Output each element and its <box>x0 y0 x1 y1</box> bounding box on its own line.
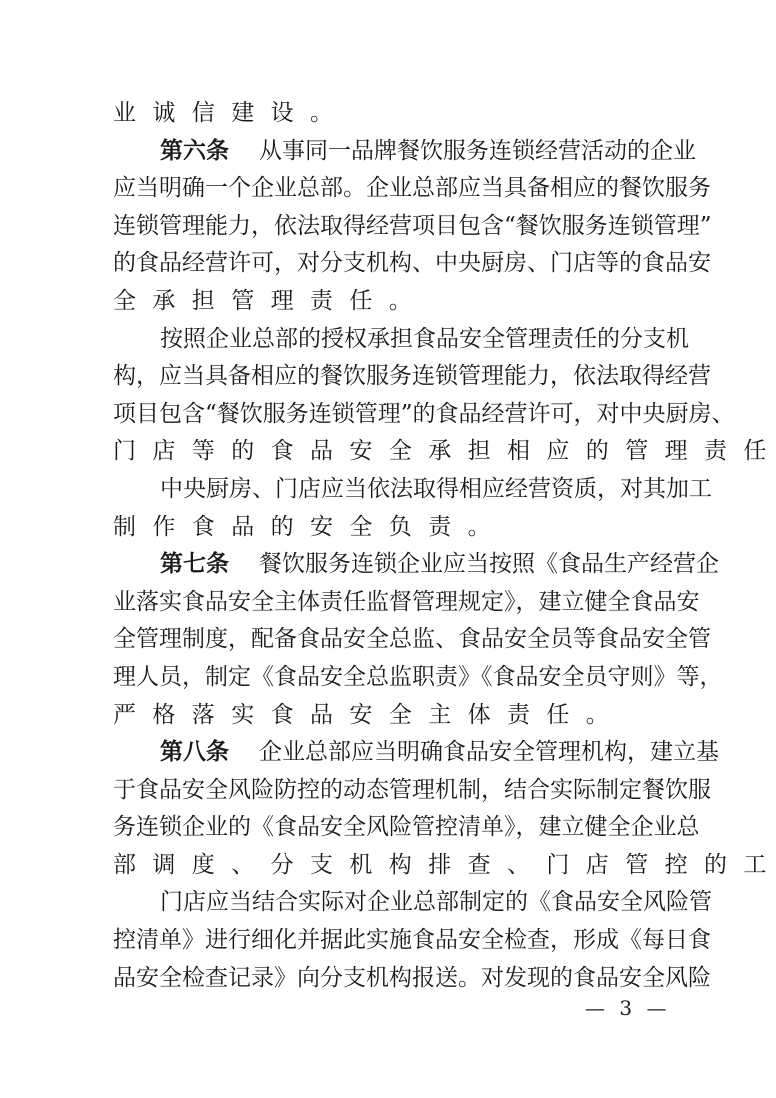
text-line: 部调度、分支机构排查、门店管控的工作制度和机制。 <box>113 847 669 885</box>
text-line: 中央厨房、门店应当依法取得相应经营资质，对其加工 <box>113 471 669 509</box>
text-line: 企业总部应当明确食品安全管理机构，建立基 <box>259 739 719 765</box>
document-page: 业诚信建设。 第六条从事同一品牌餐饮服务连锁经营活动的企业 应当明确一个企业总部… <box>113 95 669 997</box>
article-label: 第七条 <box>160 551 229 577</box>
text-line: 从事同一品牌餐饮服务连锁经营活动的企业 <box>259 138 696 164</box>
article-label: 第六条 <box>160 138 229 164</box>
article-6-heading-line: 第六条从事同一品牌餐饮服务连锁经营活动的企业 <box>113 133 669 171</box>
text-line: 按照企业总部的授权承担食品安全管理责任的分支机 <box>113 321 669 359</box>
article-7-heading-line: 第七条餐饮服务连锁企业应当按照《食品生产经营企 <box>113 546 669 584</box>
text-line: 应当明确一个企业总部。企业总部应当具备相应的餐饮服务 <box>113 170 669 208</box>
text-line: 项目包含“餐饮服务连锁管理”的食品经营许可，对中央厨房、 <box>113 396 669 434</box>
text-line: 的食品经营许可，对分支机构、中央厨房、门店等的食品安 <box>113 245 669 283</box>
text-line: 门店等的食品安全承担相应的管理责任。 <box>113 433 669 471</box>
text-line: 门店应当结合实际对企业总部制定的《食品安全风险管 <box>113 884 669 922</box>
text-line: 全承担管理责任。 <box>113 283 669 321</box>
text-line: 制作食品的安全负责。 <box>113 509 669 547</box>
text-line: 品安全检查记录》向分支机构报送。对发现的食品安全风险 <box>113 960 669 998</box>
text-line: 于食品安全风险防控的动态管理机制，结合实际制定餐饮服 <box>113 772 669 810</box>
article-8-heading-line: 第八条企业总部应当明确食品安全管理机构，建立基 <box>113 734 669 772</box>
text-line: 餐饮服务连锁企业应当按照《食品生产经营企 <box>259 551 719 577</box>
text-line: 构，应当具备相应的餐饮服务连锁管理能力，依法取得经营 <box>113 358 669 396</box>
text-line: 控清单》进行细化并据此实施食品安全检查，形成《每日食 <box>113 922 669 960</box>
text-line: 业落实食品安全主体责任监督管理规定》，建立健全食品安 <box>113 584 669 622</box>
text-line: 连锁管理能力，依法取得经营项目包含“餐饮服务连锁管理” <box>113 208 669 246</box>
text-line: 理人员，制定《食品安全总监职责》《食品安全员守则》等， <box>113 659 669 697</box>
text-line: 严格落实食品安全主体责任。 <box>113 697 669 735</box>
article-label: 第八条 <box>160 739 229 765</box>
text-line: 务连锁企业的《食品安全风险管控清单》，建立健全企业总 <box>113 809 669 847</box>
page-number: — 3 — <box>585 996 670 1020</box>
text-line: 业诚信建设。 <box>113 95 669 133</box>
text-line: 全管理制度，配备食品安全总监、食品安全员等食品安全管 <box>113 621 669 659</box>
